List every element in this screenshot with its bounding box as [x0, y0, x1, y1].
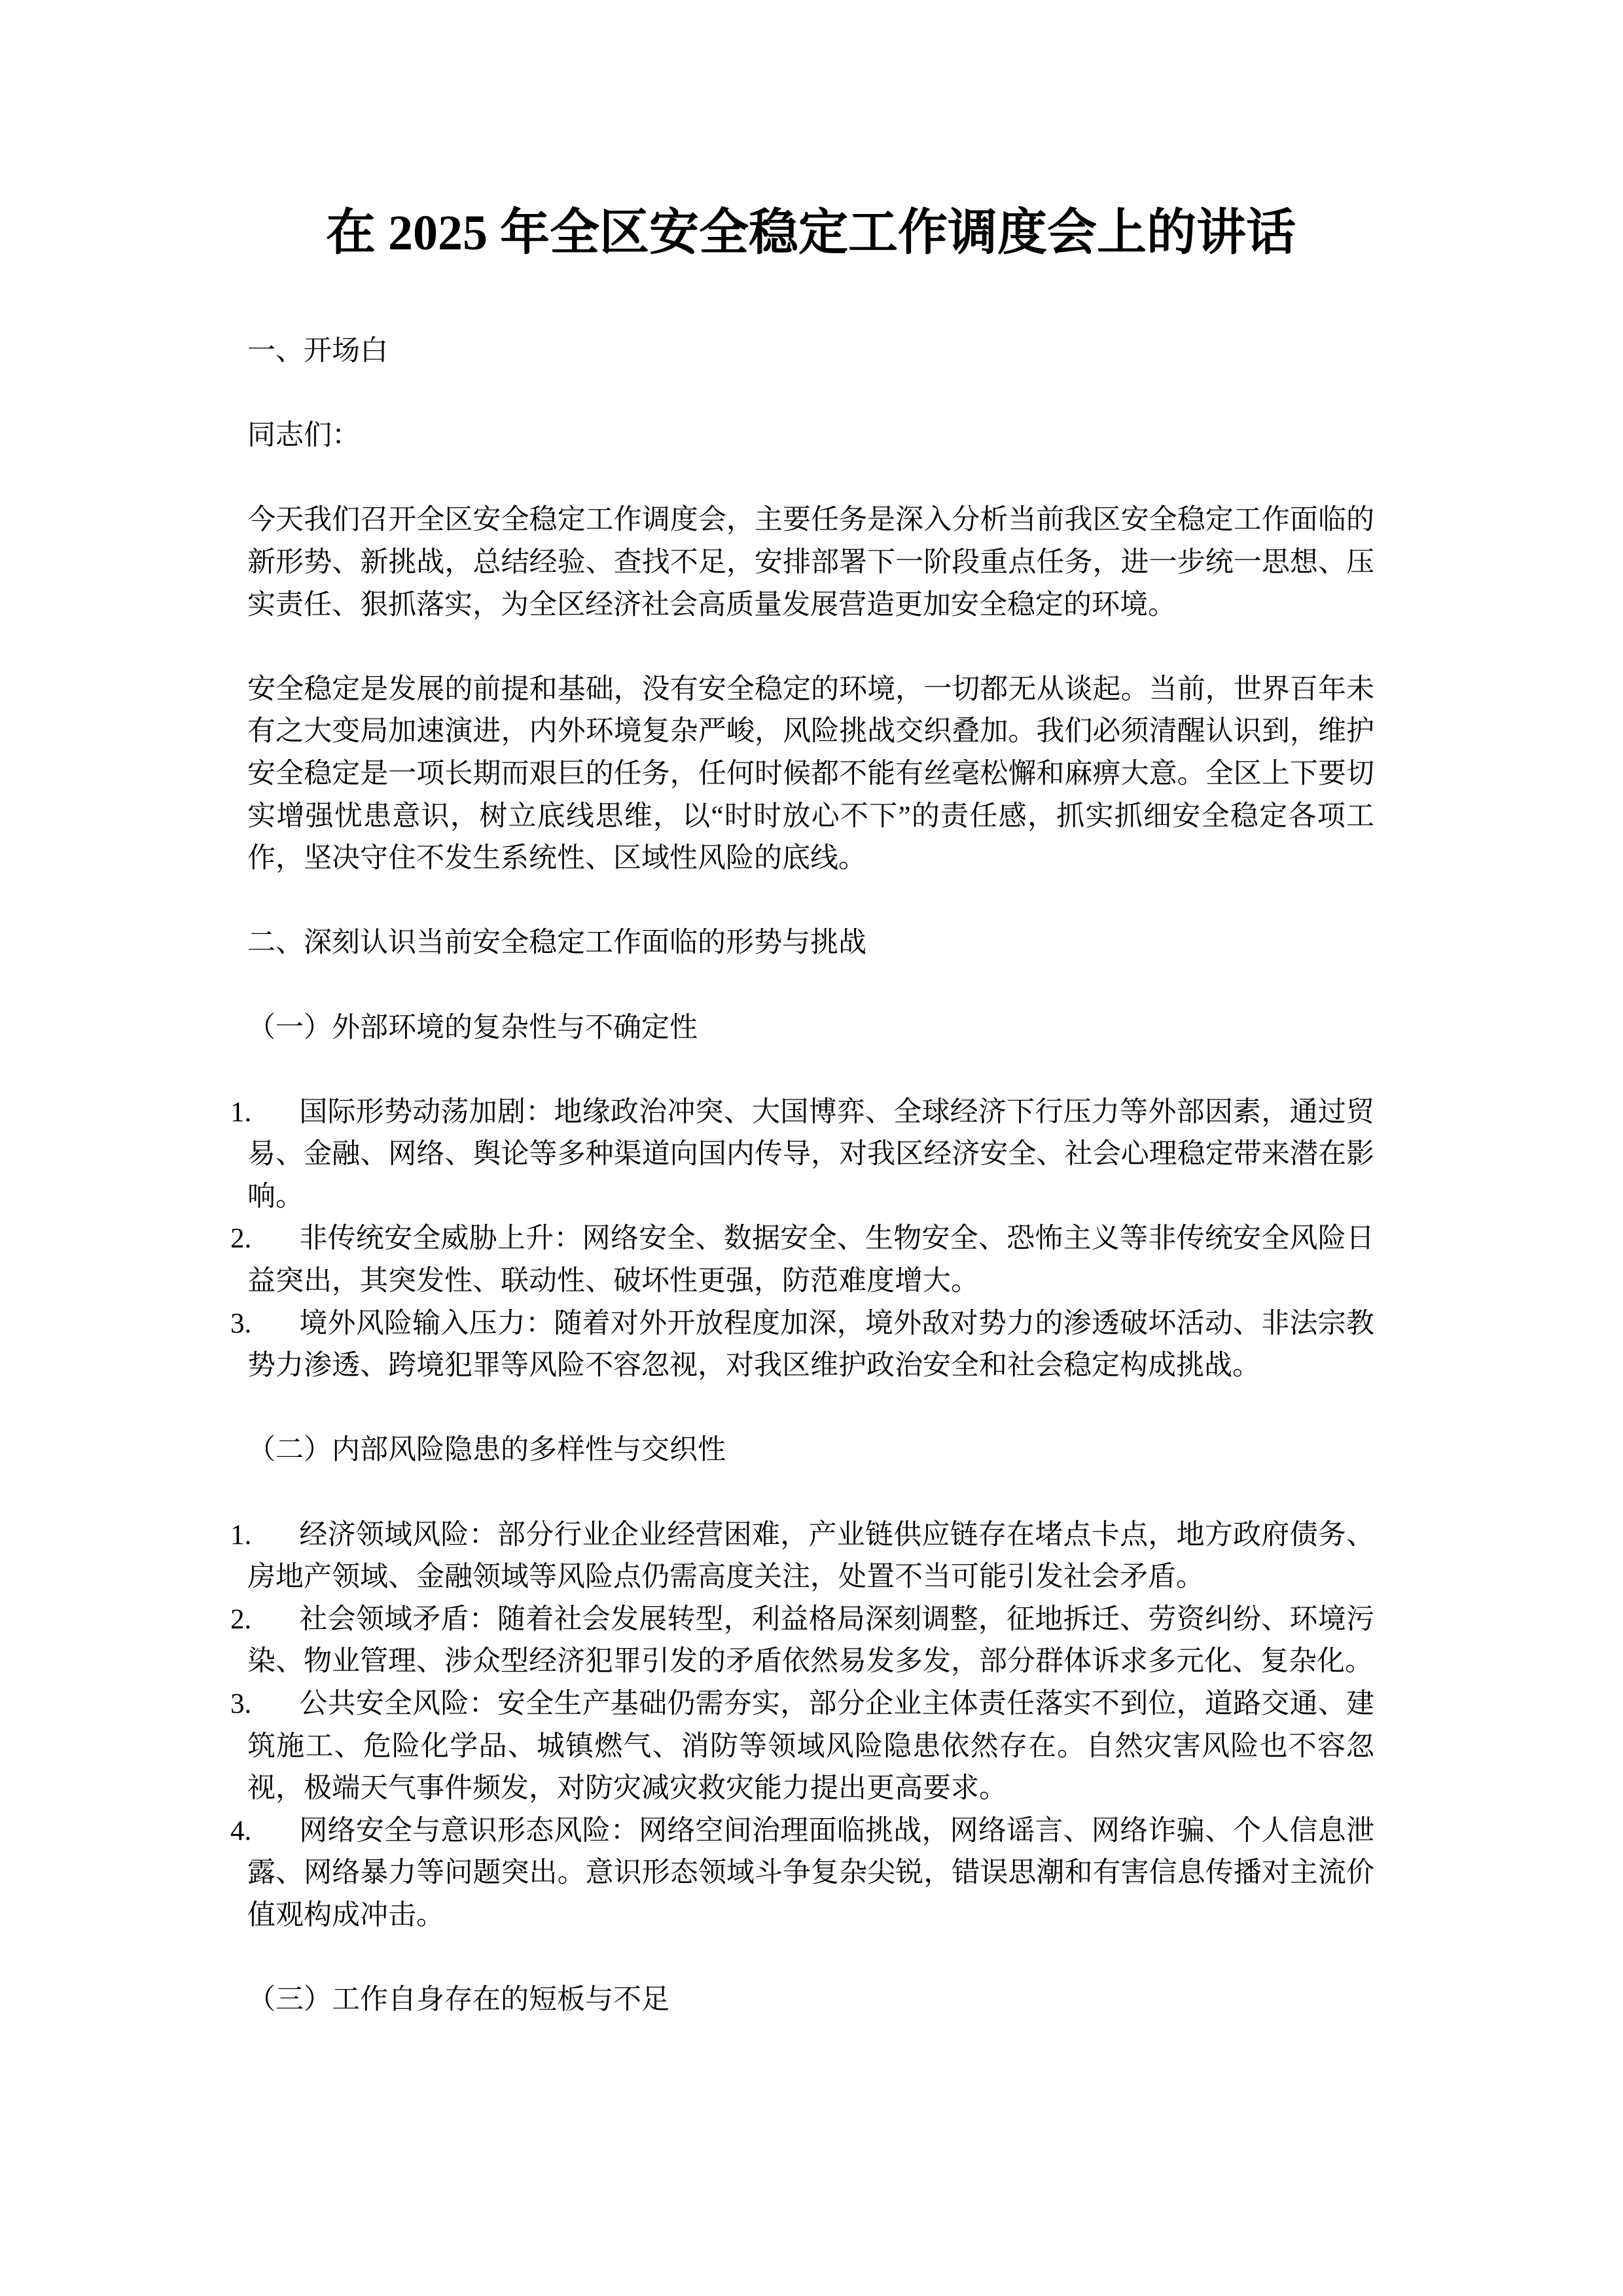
paragraph: 安全稳定是发展的前提和基础，没有安全稳定的环境，一切都无从谈起。当前，世界百年未… — [247, 669, 1374, 880]
subsection-heading: （二）内部风险隐患的多样性与交织性 — [247, 1429, 1374, 1472]
document-title: 在 2025 年全区安全稳定工作调度会上的讲话 — [247, 198, 1374, 268]
list-item: 1.国际形势动荡加剧：地缘政治冲突、大国博弈、全球经济下行压力等外部因素，通过贸… — [247, 1092, 1374, 1219]
paragraph: 同志们： — [247, 415, 1374, 457]
list-number: 4. — [230, 1810, 299, 1853]
paragraph: 今天我们召开全区安全稳定工作调度会，主要任务是深入分析当前我区安全稳定工作面临的… — [247, 499, 1374, 626]
list-number: 3. — [230, 1303, 299, 1346]
list-number: 1. — [230, 1515, 299, 1557]
list-item: 3.公共安全风险：安全生产基础仍需夯实，部分企业主体责任落实不到位，道路交通、建… — [247, 1683, 1374, 1810]
list-number: 1. — [230, 1092, 299, 1134]
list-number: 2. — [230, 1599, 299, 1641]
document-page: 在 2025 年全区安全稳定工作调度会上的讲话 一、开场白同志们：今天我们召开全… — [0, 0, 1623, 2296]
section-heading: 二、深刻认识当前安全稳定工作面临的形势与挑战 — [247, 922, 1374, 965]
list-item: 3.境外风险输入压力：随着对外开放程度加深，境外敌对势力的渗透破坏活动、非法宗教… — [247, 1303, 1374, 1388]
document-body: 一、开场白同志们：今天我们召开全区安全稳定工作调度会，主要任务是深入分析当前我区… — [247, 331, 1374, 2022]
list-item: 4.网络安全与意识形态风险：网络空间治理面临挑战，网络谣言、网络诈骗、个人信息泄… — [247, 1810, 1374, 1937]
list-number: 2. — [230, 1218, 299, 1261]
list-number: 3. — [230, 1683, 299, 1726]
subsection-heading: （一）外部环境的复杂性与不确定性 — [247, 1007, 1374, 1050]
list-item: 2.社会领域矛盾：随着社会发展转型，利益格局深刻调整，征地拆迁、劳资纠纷、环境污… — [247, 1599, 1374, 1683]
list-item: 1.经济领域风险：部分行业企业经营困难，产业链供应链存在堵点卡点，地方政府债务、… — [247, 1515, 1374, 1599]
list-item: 2.非传统安全威胁上升：网络安全、数据安全、生物安全、恐怖主义等非传统安全风险日… — [247, 1218, 1374, 1302]
section-heading: 一、开场白 — [247, 331, 1374, 373]
subsection-heading: （三）工作自身存在的短板与不足 — [247, 1979, 1374, 2022]
